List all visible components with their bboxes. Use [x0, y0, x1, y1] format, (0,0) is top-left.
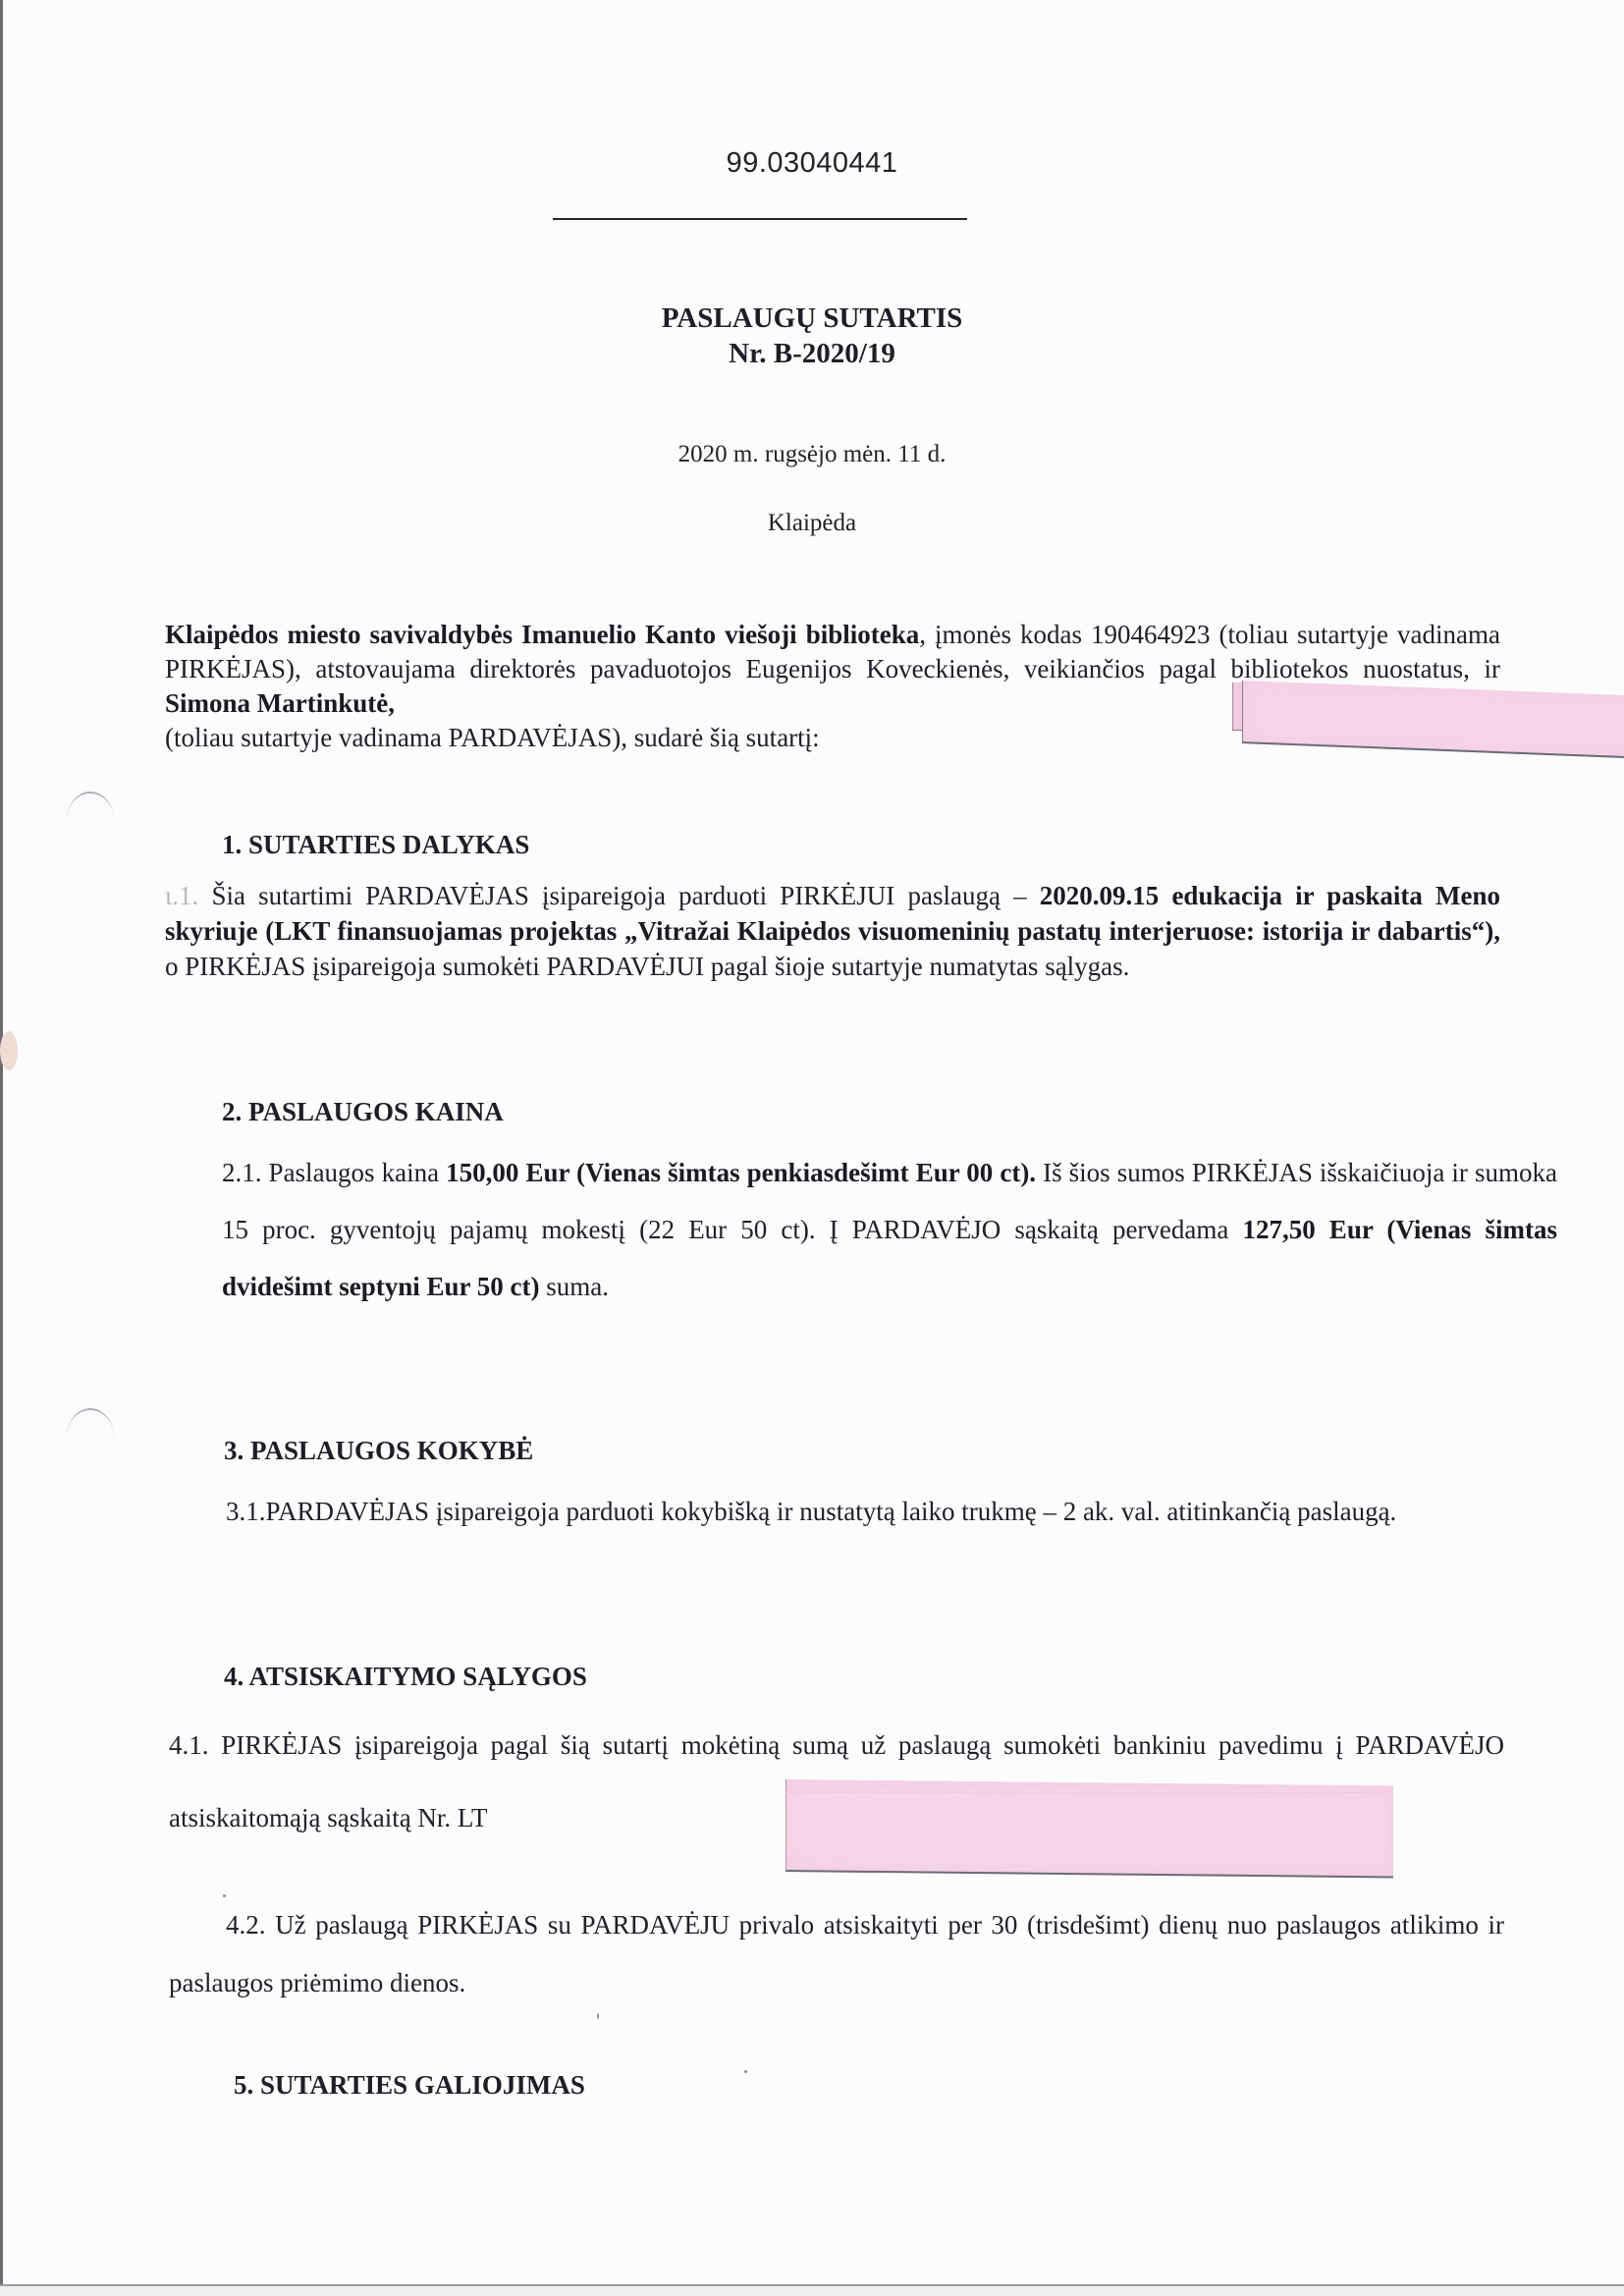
punch-hole-lower	[67, 1408, 114, 1465]
document-title: PASLAUGŲ SUTARTIS	[0, 301, 1624, 335]
scan-speck	[597, 2013, 599, 2019]
contract-number: Nr. B-2020/19	[0, 337, 1624, 370]
clause-number: 3.1.	[226, 1497, 266, 1526]
section-heading-3: 3. PASLAUGOS KOKYBĖ	[224, 1436, 533, 1466]
section-heading-1: 1. SUTARTIES DALYKAS	[222, 830, 529, 860]
buyer-name: Klaipėdos miesto savivaldybės Imanuelio …	[165, 620, 919, 649]
clause-1-1: ɩ.1. Šia sutartimi PARDAVĖJAS įsipareigo…	[165, 878, 1500, 984]
redaction-fold-line	[785, 1792, 1382, 1793]
registration-number: 99.03040441	[0, 147, 1624, 180]
punch-hole-upper	[67, 792, 114, 848]
clause-3-1: 3.1.PARDAVĖJAS įsipareigoja parduoti kok…	[169, 1483, 1504, 1541]
redaction-bank-account	[785, 1779, 1393, 1878]
paper-stain	[0, 1031, 18, 1070]
contract-city: Klaipėda	[0, 510, 1624, 537]
scanned-page: 99.03040441 PASLAUGŲ SUTARTIS Nr. B-2020…	[0, 0, 1624, 2296]
scan-bottom-strip	[0, 2286, 1624, 2296]
seller-name: Simona Martinkutė,	[165, 688, 395, 718]
section-heading-5: 5. SUTARTIES GALIOJIMAS	[234, 2070, 585, 2101]
clause-number: 2.1.	[222, 1158, 262, 1187]
clause-number: 4.2.	[226, 1910, 266, 1940]
header-rule	[553, 218, 967, 220]
clause-2-1: 2.1. Paslaugos kaina 150,00 Eur (Vienas …	[165, 1144, 1557, 1315]
contract-date: 2020 m. rugsėjo mėn. 11 d.	[0, 441, 1624, 468]
scan-speck	[223, 1894, 226, 1897]
section-heading-2: 2. PASLAUGOS KAINA	[222, 1097, 504, 1127]
section-heading-4: 4. ATSISKAITYMO SĄLYGOS	[224, 1662, 587, 1692]
price-amount: 150,00 Eur (Vienas šimtas penkiasdešimt …	[446, 1158, 1036, 1187]
seller-details: (toliau sutartyje vadinama PARDAVĖJAS), …	[165, 723, 820, 752]
scan-speck	[744, 2070, 747, 2073]
clause-number: ɩ.1.	[165, 881, 198, 910]
clause-4-2: 4.2. Už paslaugą PIRKĖJAS su PARDAVĖJU p…	[169, 1896, 1504, 2012]
clause-number: 4.1.	[169, 1730, 209, 1760]
